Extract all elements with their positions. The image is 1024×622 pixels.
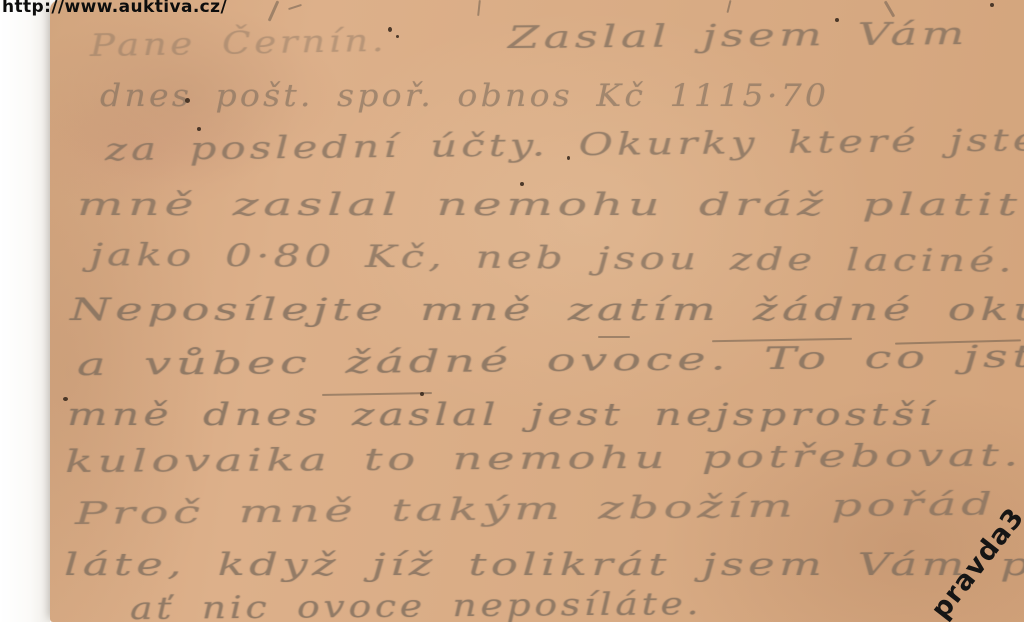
scan-speck bbox=[520, 182, 524, 186]
auction-site-watermark: http://www.auktiva.cz/ bbox=[2, 0, 227, 17]
pen-stroke bbox=[288, 4, 302, 10]
scan-speck bbox=[990, 3, 994, 7]
pen-stroke bbox=[726, 0, 731, 13]
handwriting-line: Proč mně takým zbožím pořád nadě bbox=[75, 485, 1024, 532]
handwriting-line: kulovaika to nemohu potřebovat. — bbox=[65, 437, 1024, 480]
underline-stroke bbox=[598, 336, 630, 338]
scanner-white-margin bbox=[0, 0, 50, 622]
scan-speck bbox=[835, 18, 839, 22]
pen-stroke bbox=[884, 0, 896, 17]
handwriting-line-salutation: Pane Černín. bbox=[90, 23, 388, 64]
scan-speck bbox=[420, 392, 424, 396]
handwriting-line: a vůbec žádné ovoce. To co jste bbox=[77, 338, 1024, 383]
handwriting-line: za poslední účty. Okurky které jste bbox=[105, 122, 1024, 168]
handwriting-line: Neposílejte mně zatím žádné okurky bbox=[70, 292, 1024, 328]
scan-speck bbox=[197, 127, 201, 131]
handwriting-line: Zaslal jsem Vám bbox=[508, 16, 969, 56]
scan-speck bbox=[567, 156, 570, 160]
postcard-paper: Pane Černín. Zaslal jsem Vám dnes pošt. … bbox=[50, 0, 1024, 622]
pen-stroke bbox=[268, 0, 280, 21]
scan-speck bbox=[388, 27, 392, 32]
scan-speck bbox=[396, 35, 399, 38]
handwriting-line: jako 0·80 Kč, neb jsou zde laciné. bbox=[90, 237, 1016, 279]
handwriting-line: mně dnes zaslal jest nejsprostší bbox=[67, 397, 936, 433]
underline-stroke bbox=[322, 392, 432, 396]
handwriting-line: láte, když jíž tolikrát jsem Vám psal bbox=[64, 547, 1024, 583]
handwriting-line: ať nic ovoce neposíláte. bbox=[130, 586, 702, 622]
handwriting-line: mně zaslal nemohu dráž platit bbox=[77, 187, 1022, 223]
handwriting-line: dnes pošt. spoř. obnos Kč 1115·70 bbox=[100, 78, 829, 114]
pen-stroke bbox=[477, 0, 481, 16]
scan-speck bbox=[63, 397, 68, 401]
scan-speck bbox=[185, 98, 190, 103]
